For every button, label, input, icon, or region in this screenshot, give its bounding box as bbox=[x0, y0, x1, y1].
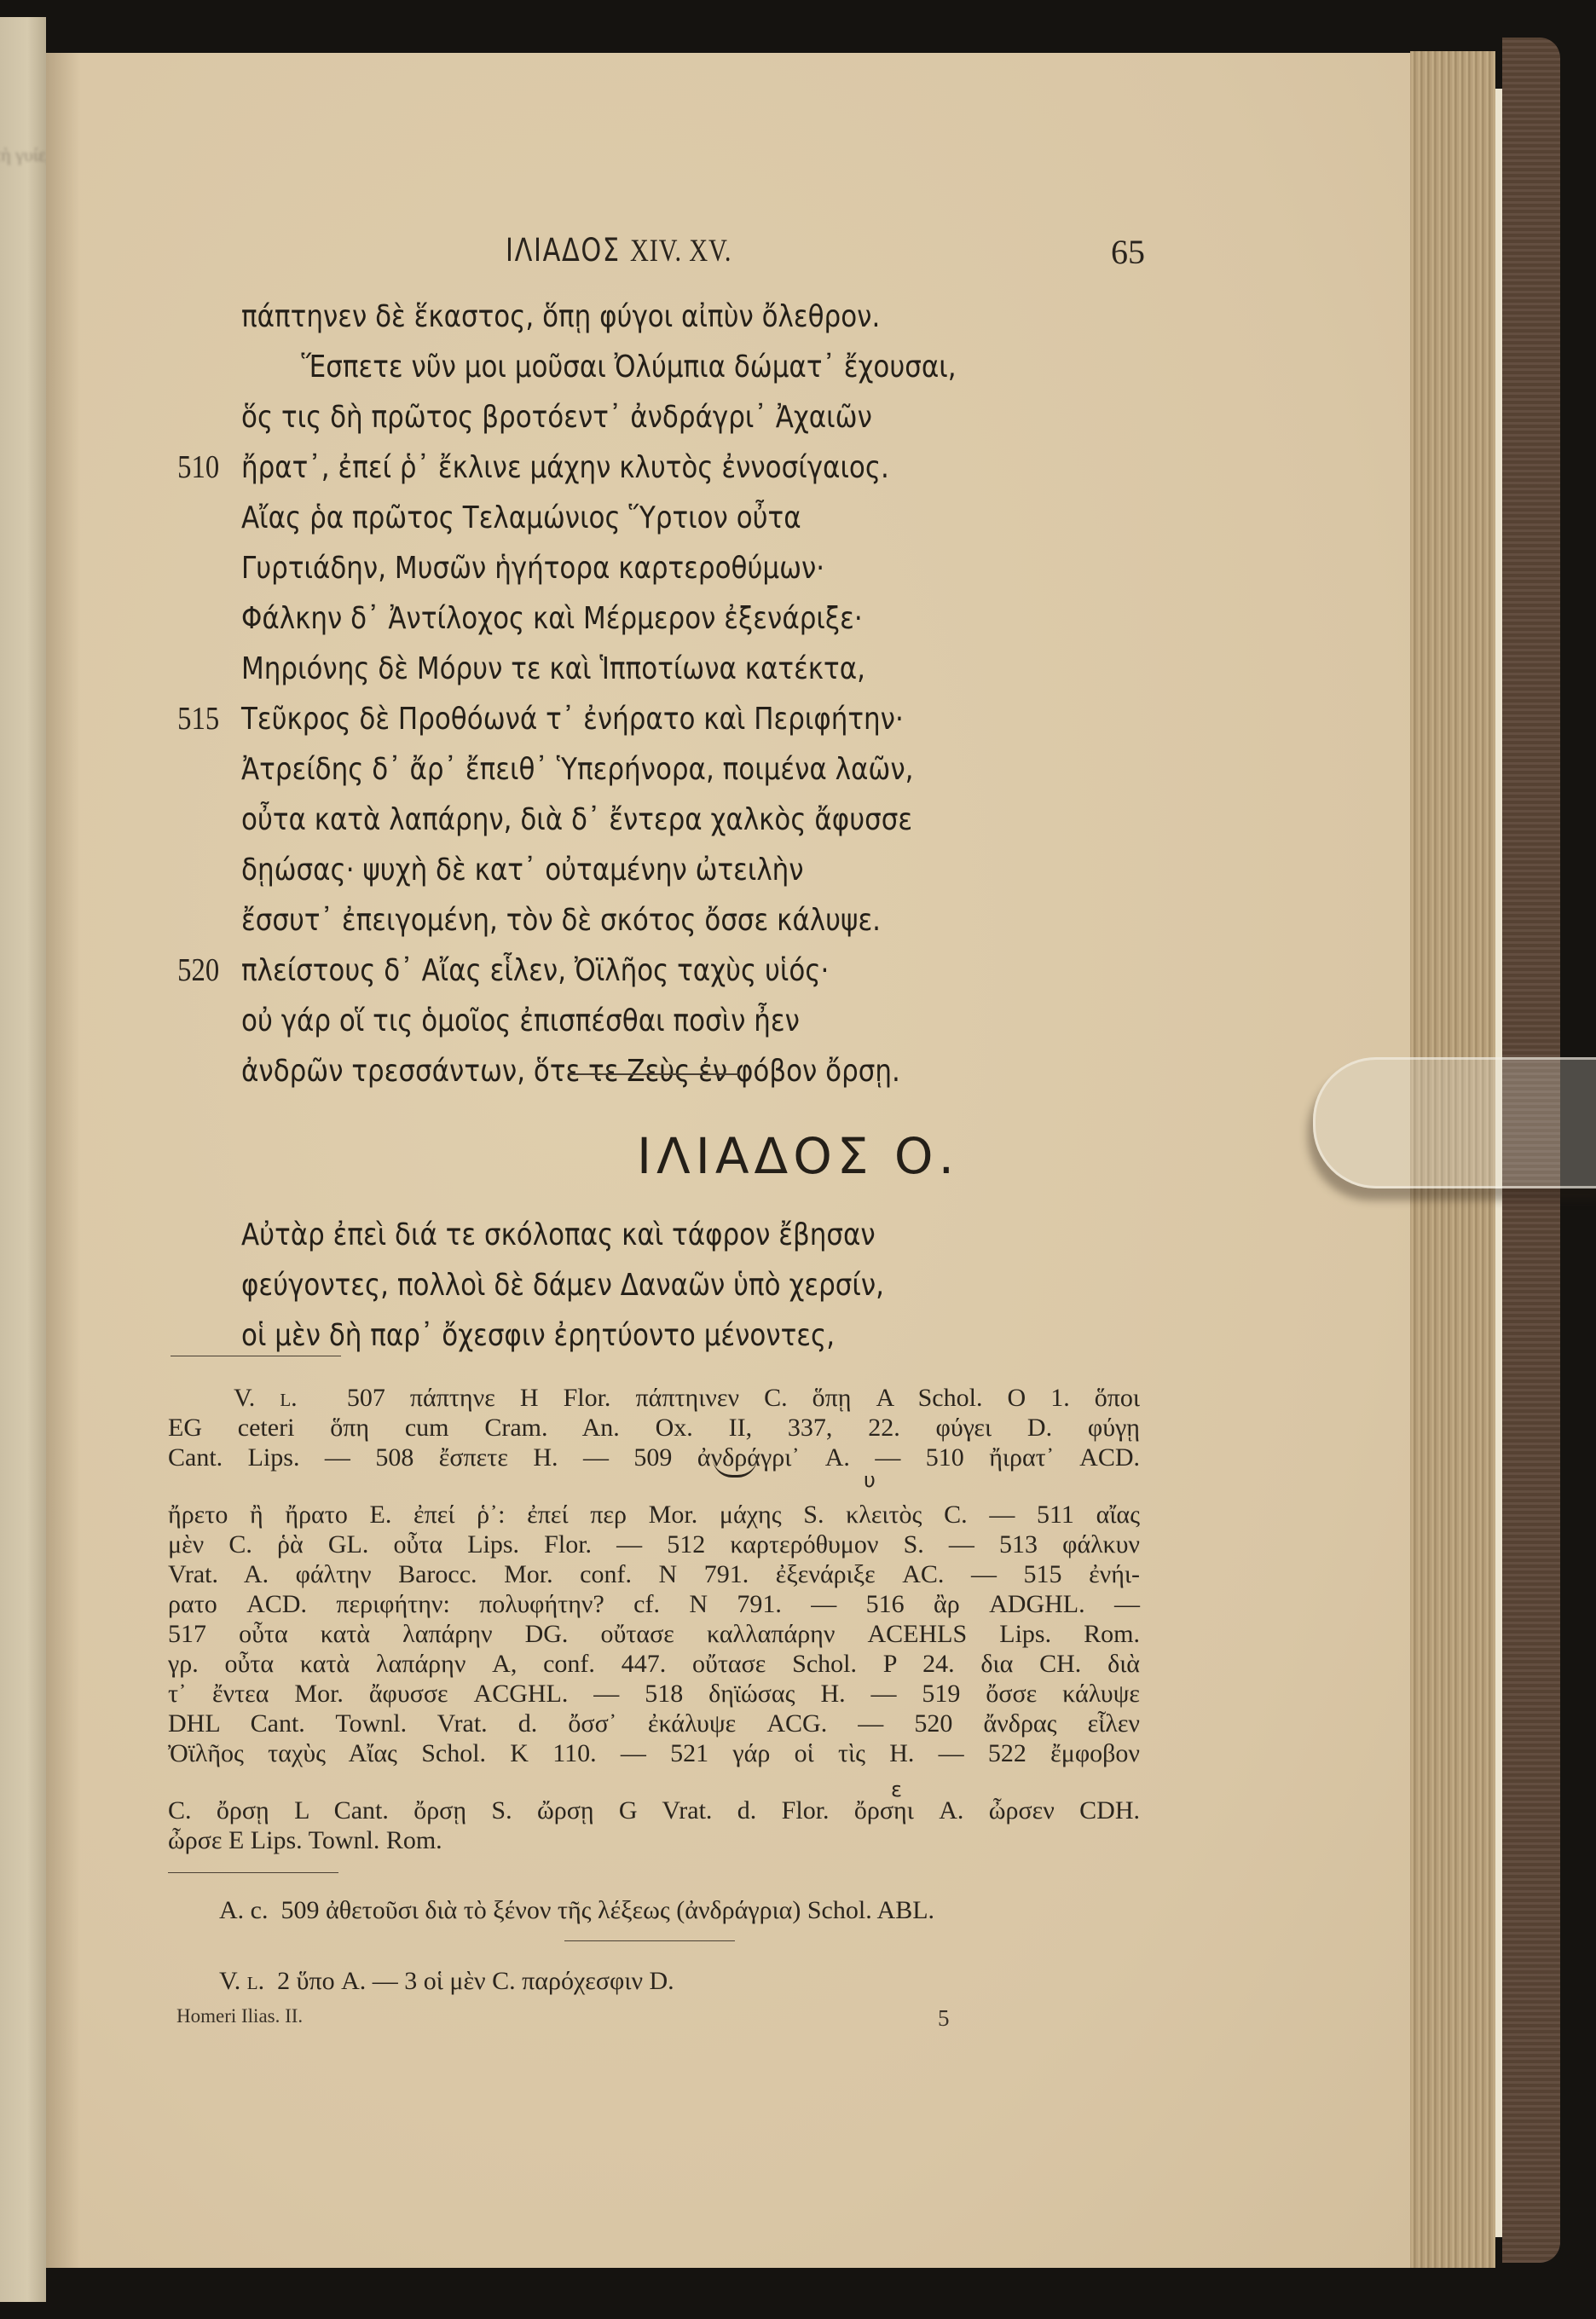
footnote-rule bbox=[564, 1940, 735, 1941]
athetesis-note: A. c. 509 ἀθετοῦσι διὰ τὸ ξένον τῆς λέξε… bbox=[219, 1896, 934, 1925]
section-divider-rule bbox=[569, 1073, 739, 1075]
apparatus-line: DHL Cant. Townl. Vrat. d. ὄσσ᾽ ἐκάλυψε A… bbox=[168, 1709, 1140, 1738]
verse-line: 510ἤρατ᾽, ἐπεί ῥ᾽ ἔκλινε μάχην κλυτὸς ἐν… bbox=[241, 442, 957, 493]
apparatus-line: Ὀϊλῆος ταχὺς Αἴας Schol. K 110. — 521 γά… bbox=[168, 1738, 1140, 1768]
apparatus-line: EG ceteri ὅπη cum Cram. An. Ox. II, 337,… bbox=[168, 1413, 1140, 1443]
apparatus-line: τ᾽ ἔντεα Mor. ἄφυσσε ACGHL. — 518 δηϊώσα… bbox=[168, 1679, 1140, 1709]
apparatus-line: ἤρετο ἢ ἤρατο E. ἐπεί ῥ᾽: ἐπεί περ Mor. … bbox=[168, 1500, 1140, 1530]
footnote-rule bbox=[171, 1356, 341, 1356]
apparatus-line: Cant. Lips. — 508 ἔσπετε H. — 509 ἀνδράγ… bbox=[168, 1443, 1140, 1472]
apparatus-line: μὲν C. ῥὰ GL. οὖτα Lips. Flor. — 512 καρ… bbox=[168, 1530, 1140, 1559]
left-page-ghost-text: αὐτὴ γυίε, bbox=[0, 145, 43, 165]
verse-line: Γυρτιάδην, Μυσῶν ἡγήτορα καρτεροθύμων· bbox=[241, 543, 957, 593]
interlinear-mark: ε bbox=[891, 1778, 902, 1801]
apparatus-line: C. ὄρσῃ L Cant. ὄρσῃ S. ὤρσῃ G Vrat. d. … bbox=[168, 1796, 1140, 1825]
printer-signature: Homeri Ilias. II. bbox=[176, 2005, 303, 2027]
running-head-books: XIV. XV. bbox=[630, 234, 731, 269]
verse-line: ἔσσυτ᾽ ἐπειγομένη, τὸν δὲ σκότος ὄσσε κά… bbox=[241, 895, 957, 946]
apparatus-criticus: V. l. 507 πάπτηνε H Flor. πάπτηινεν C. ὅ… bbox=[168, 1383, 1140, 1855]
apparatus-line: Vrat. A. φάλτην Barocc. Mor. conf. N 791… bbox=[168, 1559, 1140, 1589]
verse-line: Αὐτὰρ ἐπεὶ διά τε σκόλοπας καὶ τάφρον ἔβ… bbox=[241, 1210, 884, 1260]
apparatus-label: V. l. bbox=[219, 1967, 264, 1995]
verse-line: Αἴας ῥα πρῶτος Τελαμώνιος Ὕρτιον οὖτα bbox=[241, 493, 957, 543]
footnote-rule bbox=[168, 1872, 338, 1873]
verse-line: οἱ μὲν δὴ παρ᾽ ὄχεσφιν ἐρητύοντο μένοντε… bbox=[241, 1310, 884, 1361]
line-number: 520 bbox=[177, 946, 219, 996]
apparatus-book-xv: V. l. 2 ὕπο A. — 3 οἱ μὲν C. παρόχεσφιν … bbox=[219, 1967, 674, 1996]
page-number: 65 bbox=[1111, 232, 1145, 272]
verse-line: 515Τεῦκρος δὲ Προθόωνά τ᾽ ἐνήρατο καὶ Πε… bbox=[241, 694, 957, 744]
verse-line: ὅς τις δὴ πρῶτος βροτόεντ᾽ ἀνδράγρι᾽ Ἀχα… bbox=[241, 392, 957, 442]
athetesis-label: A. c. bbox=[219, 1896, 268, 1924]
verse-line: 520πλείστους δ᾽ Αἴας εἷλεν, Ὀϊλῆος ταχὺς… bbox=[241, 946, 957, 996]
verse-line: Ἀτρείδης δ᾽ ἄρ᾽ ἔπειθ᾽ Ὑπερήνορα, ποιμέν… bbox=[241, 744, 957, 795]
athetesis-text: 509 ἀθετοῦσι διὰ τὸ ξένον τῆς λέξεως (ἀν… bbox=[280, 1896, 934, 1924]
apparatus-text: 2 ὕπο A. — 3 οἱ μὲν C. παρόχεσφιν D. bbox=[277, 1967, 674, 1995]
verse-line: Ἕσπετε νῦν μοι μοῦσαι Ὀλύμπια δώματ᾽ ἔχο… bbox=[241, 342, 957, 392]
verse-line: Μηριόνης δὲ Μόρυν τε καὶ Ἱπποτίωνα κατέκ… bbox=[241, 644, 957, 694]
clear-bookmark bbox=[1313, 1057, 1596, 1188]
line-number: 515 bbox=[177, 694, 219, 744]
interlinear-mark: υ bbox=[864, 1468, 876, 1492]
apparatus-line: V. l. 507 πάπτηνε H Flor. πάπτηινεν C. ὅ… bbox=[168, 1383, 1140, 1413]
line-number: 510 bbox=[177, 442, 219, 493]
running-head-title: ΙΛΙΑΔΟΣ bbox=[506, 232, 621, 269]
apparatus-line: ρατο ACD. περιφήτην: πολυφήτην? cf. N 79… bbox=[168, 1589, 1140, 1619]
verse-line: οὖτα κατὰ λαπάρην, διὰ δ᾽ ἔντερα χαλκὸς … bbox=[241, 795, 957, 845]
apparatus-line: ὦρσε E Lips. Townl. Rom. bbox=[168, 1825, 1140, 1855]
signature-number: 5 bbox=[938, 2005, 950, 2032]
verse-line: πάπτηνεν δὲ ἕκαστος, ὅπῃ φύγοι αἰπὺν ὄλε… bbox=[241, 292, 957, 342]
running-head: ΙΛΙΑΔΟΣ XIV. XV. bbox=[506, 232, 731, 269]
verse-line: φεύγοντες, πολλοὶ δὲ δάμεν Δαναῶν ὑπὸ χε… bbox=[241, 1260, 884, 1310]
verse-line: Φάλκην δ᾽ Ἀντίλοχος καὶ Μέρμερον ἐξενάρι… bbox=[241, 593, 957, 644]
apparatus-line: γρ. οὖτα κατὰ λαπάρην A, conf. 447. οὔτα… bbox=[168, 1649, 1140, 1679]
book-xiv-verses: πάπτηνεν δὲ ἕκαστος, ὅπῃ φύγοι αἰπὺν ὄλε… bbox=[241, 292, 1073, 1096]
verse-line: δῃώσας· ψυχὴ δὲ κατ᾽ οὐταμένην ὠτειλὴν bbox=[241, 845, 957, 895]
book-xv-verses: Αὐτὰρ ἐπεὶ διά τε σκόλοπας καὶ τάφρον ἔβ… bbox=[241, 1210, 989, 1361]
apparatus-line: 517 οὖτα κατὰ λαπάρην DG. οὔτασε καλλαπά… bbox=[168, 1619, 1140, 1649]
verse-line: ἀνδρῶν τρεσσάντων, ὅτε τε Ζεὺς ἐν φόβον … bbox=[241, 1046, 957, 1096]
verse-line: οὐ γάρ οἵ τις ὁμοῖος ἐπισπέσθαι ποσὶν ἦε… bbox=[241, 996, 957, 1046]
